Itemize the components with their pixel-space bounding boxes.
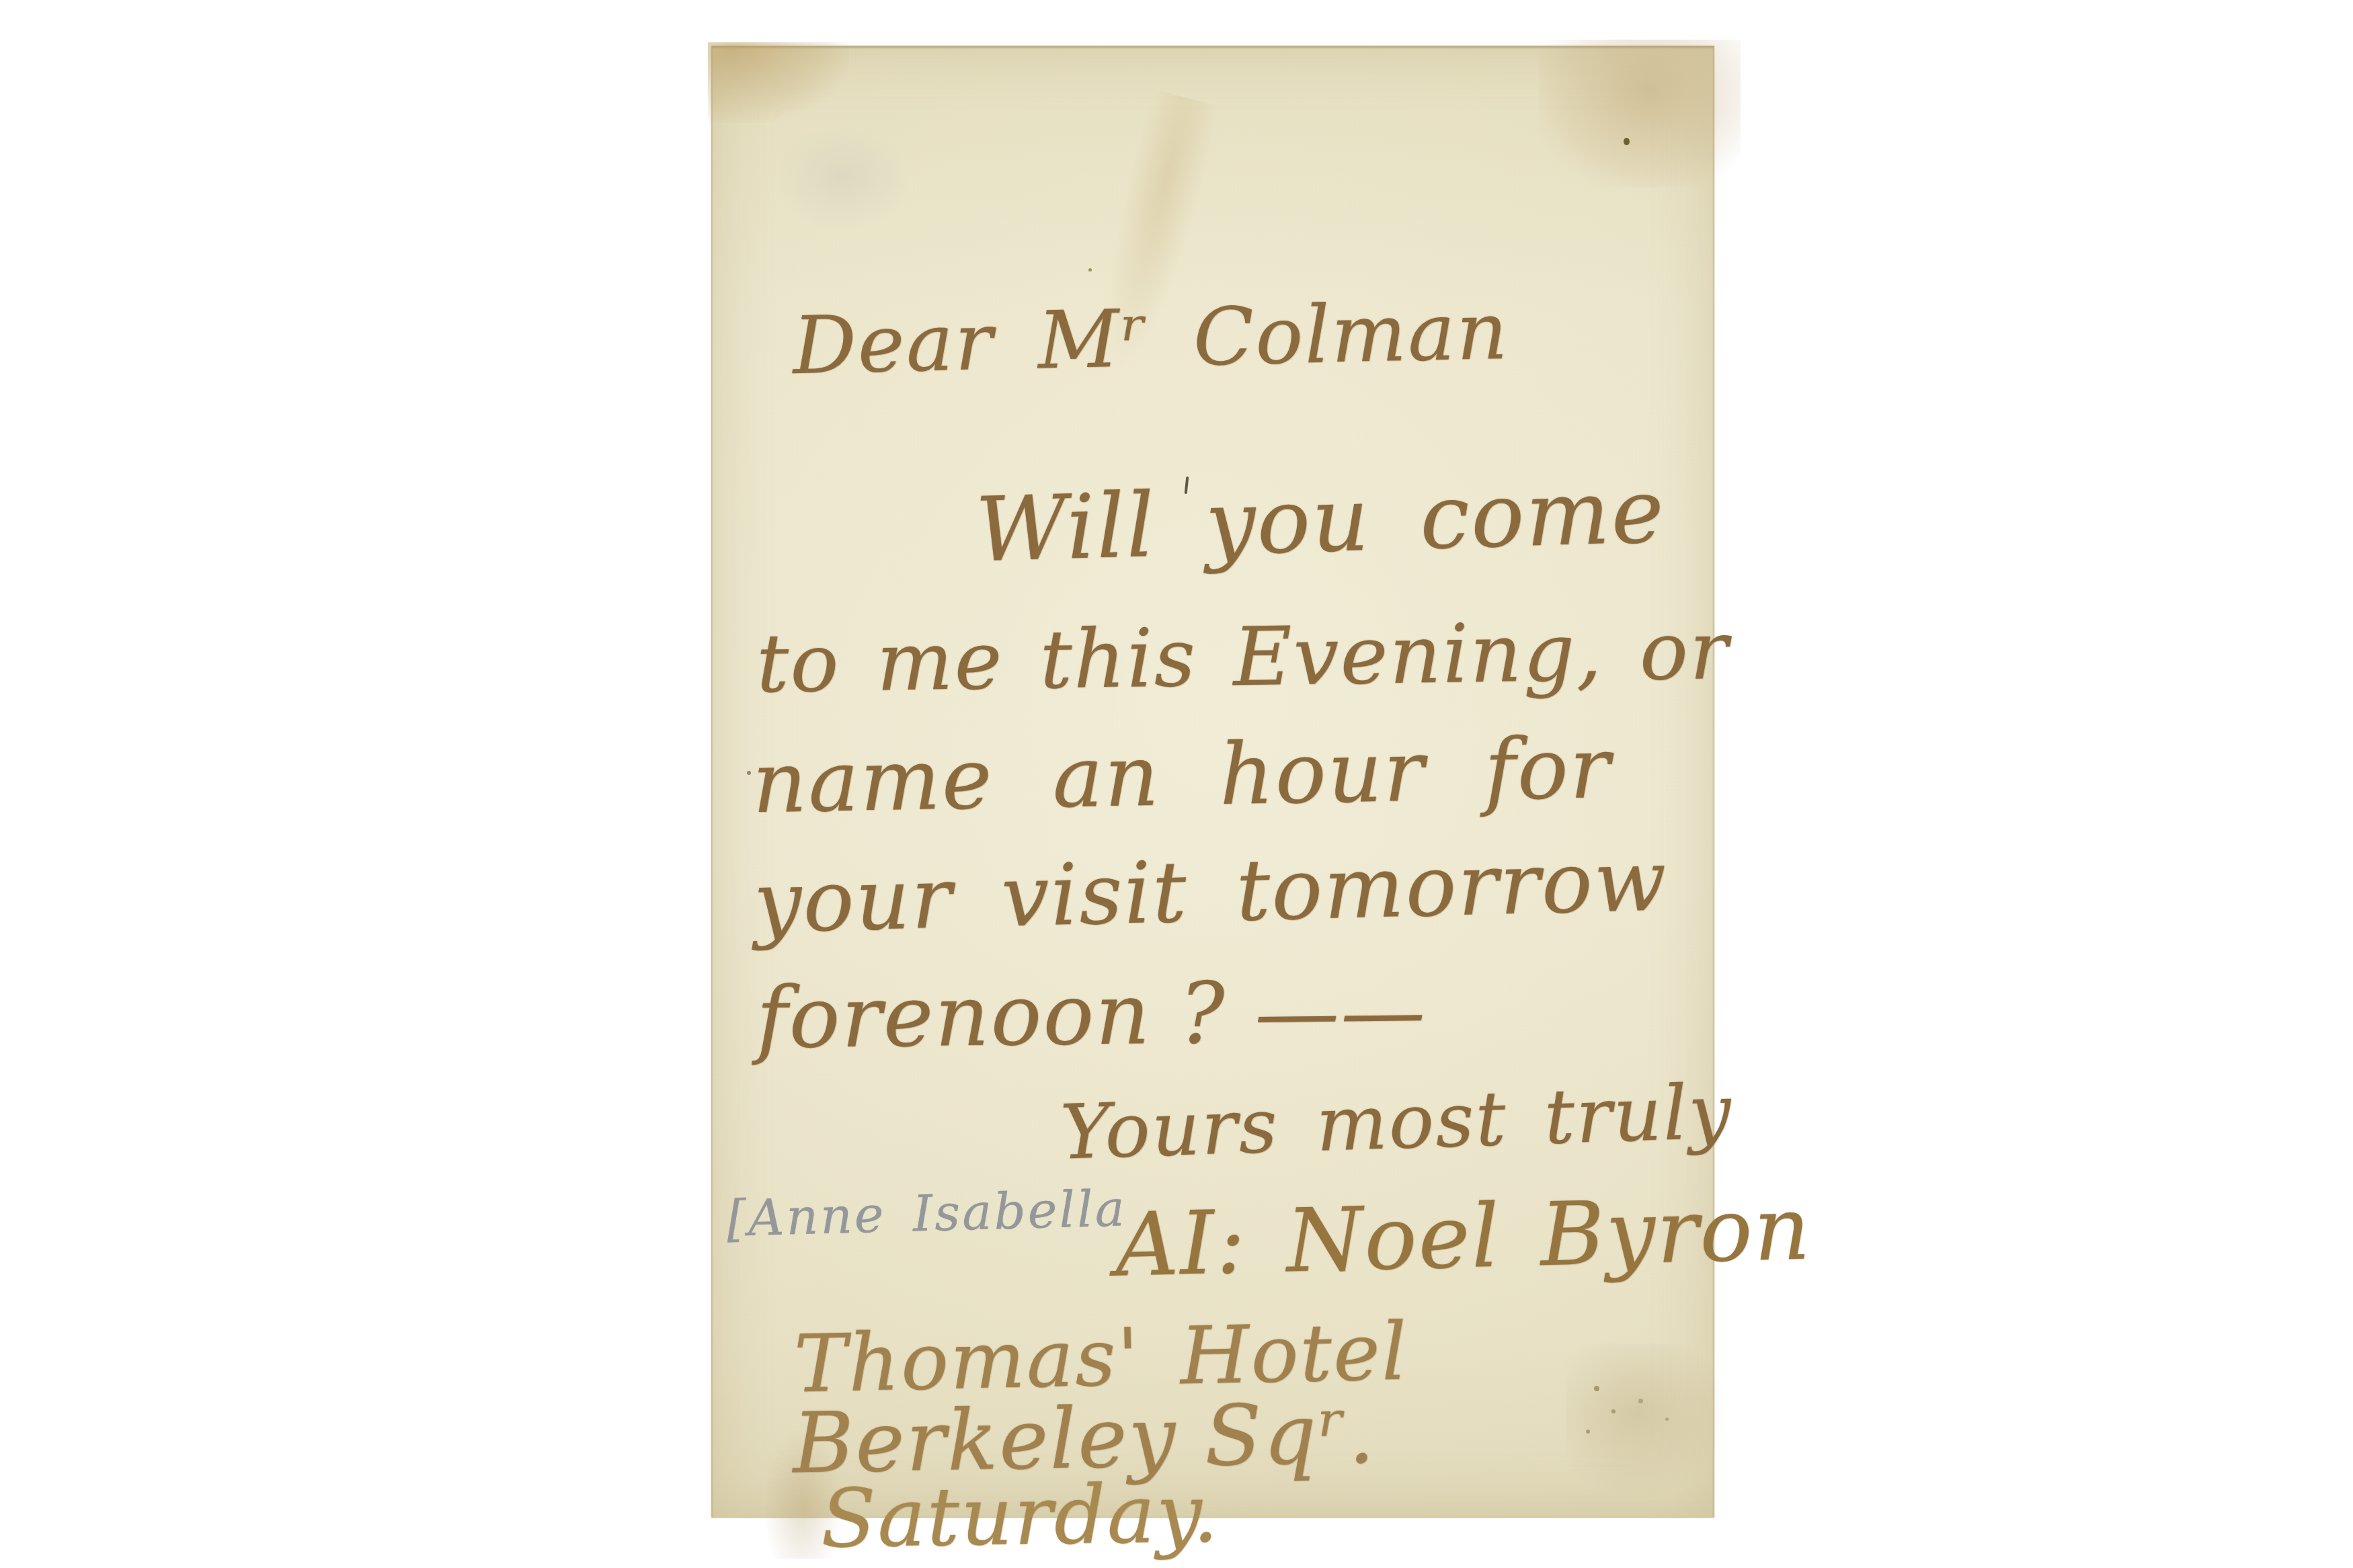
ink-speck (747, 771, 751, 775)
show-through-smudge (779, 127, 907, 228)
body-line-1: Will you come (974, 467, 1666, 575)
stain-top-left (708, 42, 849, 123)
letter-photo: Dear Mʳ Colman Will you come to me this … (0, 0, 2353, 1568)
body-line-2: to me this Evening, or (756, 611, 1730, 705)
address-line-day: Saturday. (820, 1474, 1220, 1560)
letter-paper: Dear Mʳ Colman Will you come to me this … (711, 46, 1714, 1518)
stain-top-right (1539, 40, 1741, 188)
ink-speck (1088, 268, 1092, 272)
ink-speck (1611, 1409, 1616, 1413)
ink-speck (1594, 1386, 1599, 1391)
body-line-5: forenoon ? —— (756, 969, 1427, 1061)
pencil-annotation: [Anne Isabella (726, 1184, 1127, 1244)
body-line-3: name an hour for (752, 726, 1612, 825)
signature-line: AI: Noel Byron (1115, 1184, 1812, 1288)
body-line-4: your visit tomorrow (753, 838, 1669, 945)
ink-speck (1624, 138, 1630, 145)
ink-speck (1665, 1417, 1669, 1421)
stain-bottom-right (1566, 1344, 1727, 1498)
ink-speck (1638, 1399, 1643, 1403)
closing-line: Yours most truly (1059, 1074, 1733, 1170)
salutation-line: Dear Mʳ Colman (792, 291, 1510, 385)
ink-speck (1586, 1430, 1590, 1434)
